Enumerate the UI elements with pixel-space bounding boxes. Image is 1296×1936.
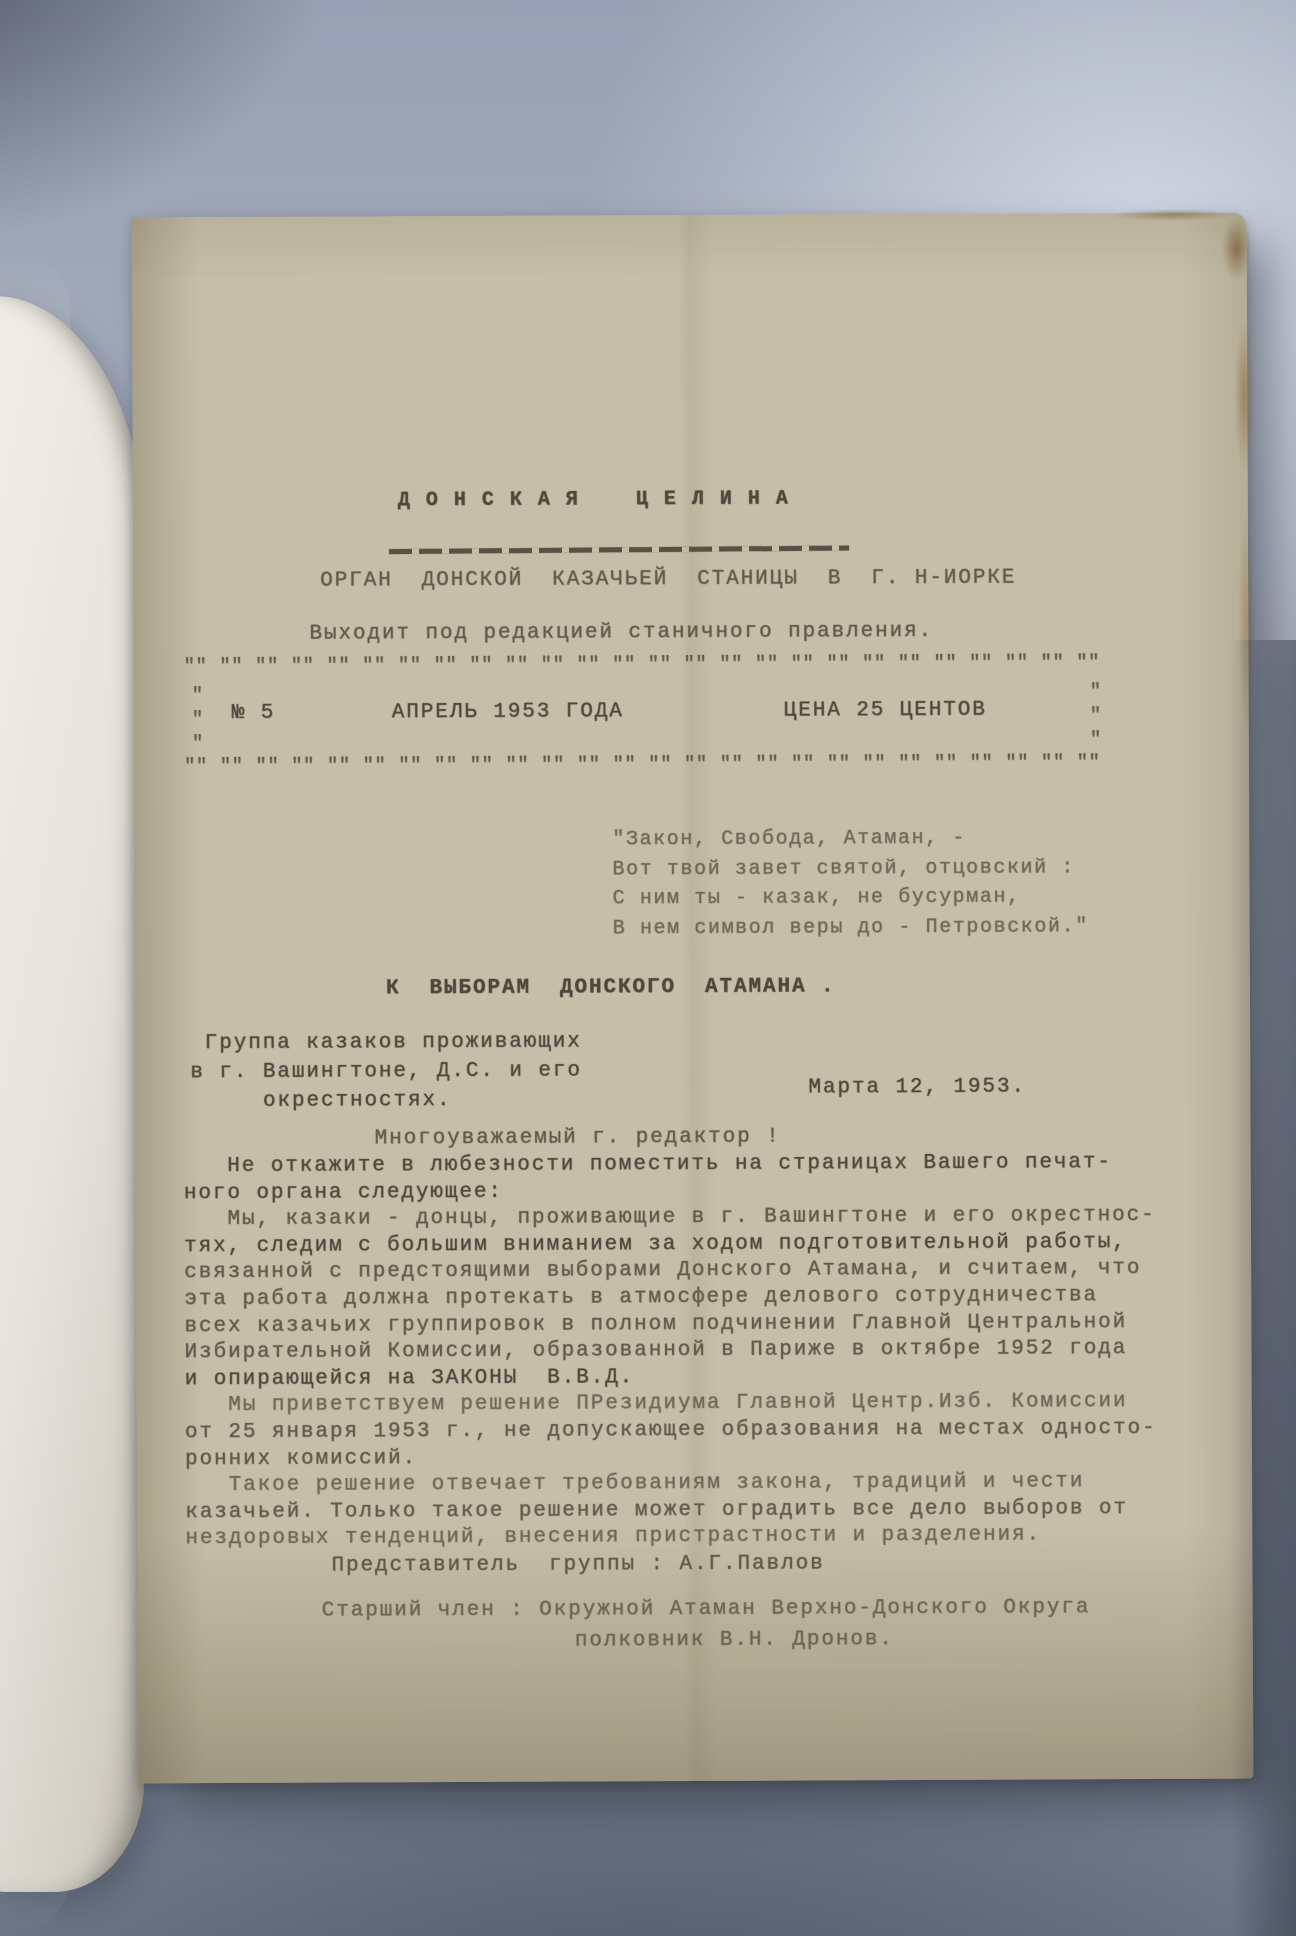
- box-border-right-mark: ": [1090, 729, 1106, 749]
- organ-subtitle: ОРГАН ДОНСКОЙ КАЗАЧЬЕЙ СТАНИЦЫ В Г. Н-ИО…: [320, 566, 1016, 596]
- photo-of-document: Д О Н С К А Я Ц Е Л И Н А ОРГАН ДОНСКОЙ …: [0, 0, 1296, 1936]
- body-line: всех казачьих группировок в полном подчи…: [184, 1310, 1156, 1341]
- body-line: ного органа следующее:: [184, 1177, 1156, 1208]
- box-border-left-mark: ": [192, 733, 208, 753]
- body-line: Мы приветствуем решение ПРезидиума Главн…: [185, 1389, 1157, 1420]
- issue-number: № 5: [232, 701, 276, 728]
- document-page: Д О Н С К А Я Ц Е Л И Н А ОРГАН ДОНСКОЙ …: [132, 213, 1254, 1784]
- epigraph-line: В нем символ веры до - Петровской.": [613, 912, 1089, 944]
- box-border-right-mark: ": [1090, 705, 1106, 725]
- body-line: нездоровых тенденций, внесения пристраст…: [185, 1522, 1157, 1553]
- worn-edge-spot: [1234, 321, 1255, 471]
- body-line: тях, следим с большим вниманием за ходом…: [184, 1230, 1156, 1261]
- body-line: и опирающейся на ЗАКОНЫ В.В.Д.: [185, 1363, 1157, 1394]
- body-line: от 25 января 1953 г., не допускающее обр…: [185, 1416, 1157, 1447]
- box-border-left-mark: ": [192, 685, 208, 705]
- letter-body: Не откажите в любезности поместить на ст…: [184, 1150, 1157, 1553]
- epigraph-line: С ним ты - казак, не бусурман,: [613, 882, 1089, 914]
- title-underline-rule: [389, 546, 849, 555]
- box-border-left-mark: ": [192, 709, 208, 729]
- letter-date: Марта 12, 1953.: [808, 1075, 1026, 1103]
- signature-senior-member: Старший член : Окружной Атаман Верхно-До…: [322, 1595, 1091, 1625]
- worn-corner-spot: [1222, 217, 1252, 281]
- epigraph-line: Вот твой завет святой, отцовский :: [612, 853, 1088, 885]
- body-line: Мы, казаки - донцы, проживающие в г. Ваш…: [184, 1203, 1156, 1234]
- byline-line: Группа казаков проживающих: [190, 1027, 582, 1058]
- box-border-top: "" "" "" "" "" "" "" "" "" "" "" "" "" "…: [183, 651, 1107, 679]
- byline-line: в г. Вашингтоне, Д.С. и его: [190, 1056, 582, 1087]
- body-line: связанной с предстоящими выборами Донско…: [184, 1256, 1156, 1287]
- worn-edge-spot: [1238, 513, 1255, 733]
- issue-price: ЦЕНА 25 ЦЕНТОВ: [784, 698, 987, 725]
- newspaper-title: Д О Н С К А Я Ц Е Л И Н А: [398, 487, 790, 515]
- body-line: Такое решение отвечает требованиям закон…: [185, 1469, 1157, 1500]
- byline-block: Группа казаков проживающих в г. Вашингто…: [190, 1027, 582, 1116]
- worn-top-edge: [1113, 209, 1233, 222]
- byline-line: окрестностях.: [190, 1085, 582, 1116]
- body-line: казачьей. Только такое решение может огр…: [185, 1496, 1157, 1527]
- body-line: эта работа должна протекать в атмосфере …: [184, 1283, 1156, 1314]
- flipped-pages-curl: [0, 296, 144, 1892]
- editorial-subtitle: Выходит под редакцией станичного правлен…: [309, 619, 933, 648]
- body-line: ронних комиссий.: [185, 1443, 1157, 1474]
- signature-senior-member-rank: полковник В.Н. Дронов.: [575, 1627, 894, 1655]
- article-heading: К ВЫБОРАМ ДОНСКОГО АТАМАНА .: [386, 974, 836, 1003]
- salutation: Многоуважаемый г. редактор !: [375, 1125, 781, 1153]
- issue-date: АПРЕЛЬ 1953 ГОДА: [392, 699, 624, 727]
- issue-info-box: "" "" "" "" "" "" "" "" "" "" "" "" "" "…: [183, 651, 1108, 779]
- signature-representative: Представитель группы : А.Г.Павлов: [331, 1551, 824, 1580]
- body-line: Избирательной Комиссии, образованной в П…: [184, 1336, 1156, 1367]
- box-border-bottom: "" "" "" "" "" "" "" "" "" "" "" "" "" "…: [184, 751, 1108, 779]
- body-line: Не откажите в любезности поместить на ст…: [184, 1150, 1156, 1181]
- epigraph-line: "Закон, Свобода, Атаман, -: [612, 823, 1088, 855]
- box-border-right-mark: ": [1090, 681, 1106, 701]
- epigraph-quote: "Закон, Свобода, Атаман, - Вот твой заве…: [612, 823, 1089, 943]
